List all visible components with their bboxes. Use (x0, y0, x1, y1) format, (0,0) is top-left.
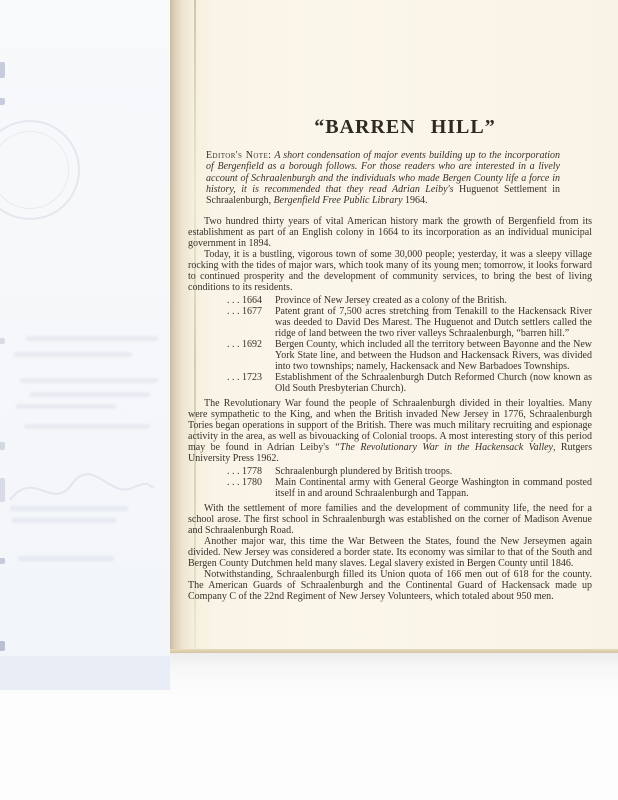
ghost-signature-showthrough (6, 460, 156, 516)
scanned-book-page: “BARREN HILL” Editor's Note:A short cond… (0, 0, 618, 800)
timeline-text: Province of New Jersey created as a colo… (275, 295, 592, 306)
timeline-year: . . . 1692 (227, 339, 275, 372)
scan-edge-artifact (0, 478, 5, 502)
paragraph: Two hundred thirty years of vital Americ… (188, 216, 592, 249)
paragraph: Today, it is a bustling, vigorous town o… (188, 249, 592, 293)
timeline-year: . . . 1664 (227, 295, 275, 306)
timeline-entry: . . . 1780Main Continental army with Gen… (188, 477, 592, 499)
ghost-text-showthrough (20, 378, 158, 383)
book-page: “BARREN HILL” Editor's Note:A short cond… (170, 0, 618, 653)
text-segment: 1964. (405, 195, 428, 206)
ghost-seal-mark (0, 120, 80, 220)
text-segment: “The Revolutionary War in the Hackensack… (334, 442, 553, 453)
timeline-entry: . . . 1723Establishment of the Schraalen… (188, 372, 592, 394)
ghost-text-showthrough (30, 392, 150, 397)
scan-edge-artifact (0, 338, 5, 344)
scan-edge-artifact (0, 62, 5, 78)
ghost-text-showthrough (24, 424, 150, 429)
page-content: “BARREN HILL” Editor's Note:A short cond… (188, 0, 592, 602)
editors-note-label: Editor's Note: (206, 150, 271, 161)
ghost-text-showthrough (26, 336, 158, 341)
timeline-text: Schraalenburgh plundered by British troo… (275, 466, 592, 477)
ghost-text-showthrough (12, 518, 116, 523)
timeline-entry: . . . 1677Patent grant of 7,500 acres st… (188, 306, 592, 339)
page-title: “BARREN HILL” (188, 117, 592, 137)
ghost-text-showthrough (18, 556, 114, 561)
ghost-text-showthrough (16, 404, 116, 409)
scan-edge-artifact (0, 558, 5, 564)
timeline-text: Patent grant of 7,500 acres stretching f… (275, 306, 592, 339)
paragraph: With the settlement of more families and… (188, 503, 592, 536)
facing-page (0, 0, 170, 690)
timeline-year: . . . 1780 (227, 477, 275, 499)
timeline-year: . . . 1723 (227, 372, 275, 394)
timeline: . . . 1664Province of New Jersey created… (188, 295, 592, 394)
editors-note: Editor's Note:A short condensation of ma… (206, 150, 560, 206)
scan-edge-artifact (0, 641, 5, 651)
timeline-entry: . . . 1778Schraalenburgh plundered by Br… (188, 466, 592, 477)
paragraph: The Revolutionary War found the people o… (188, 398, 592, 464)
scan-edge-artifact (0, 442, 5, 450)
timeline-text: Bergen County, which included all the te… (275, 339, 592, 372)
page-bottom-edge (170, 649, 618, 653)
timeline-text: Establishment of the Schraalenburgh Dutc… (275, 372, 592, 394)
paragraph: Another major war, this time the War Bet… (188, 536, 592, 569)
timeline-year: . . . 1677 (227, 306, 275, 339)
timeline-year: . . . 1778 (227, 466, 275, 477)
text-segment: Bergenfield Free Public Library (274, 195, 405, 206)
ghost-text-showthrough (14, 352, 132, 357)
paragraph: Notwithstanding, Schraalenburgh filled i… (188, 569, 592, 602)
timeline: . . . 1778Schraalenburgh plundered by Br… (188, 466, 592, 499)
body-text: Two hundred thirty years of vital Americ… (188, 216, 592, 602)
timeline-text: Main Continental army with General Georg… (275, 477, 592, 499)
timeline-entry: . . . 1692Bergen County, which included … (188, 339, 592, 372)
scan-edge-artifact (0, 98, 5, 105)
timeline-entry: . . . 1664Province of New Jersey created… (188, 295, 592, 306)
